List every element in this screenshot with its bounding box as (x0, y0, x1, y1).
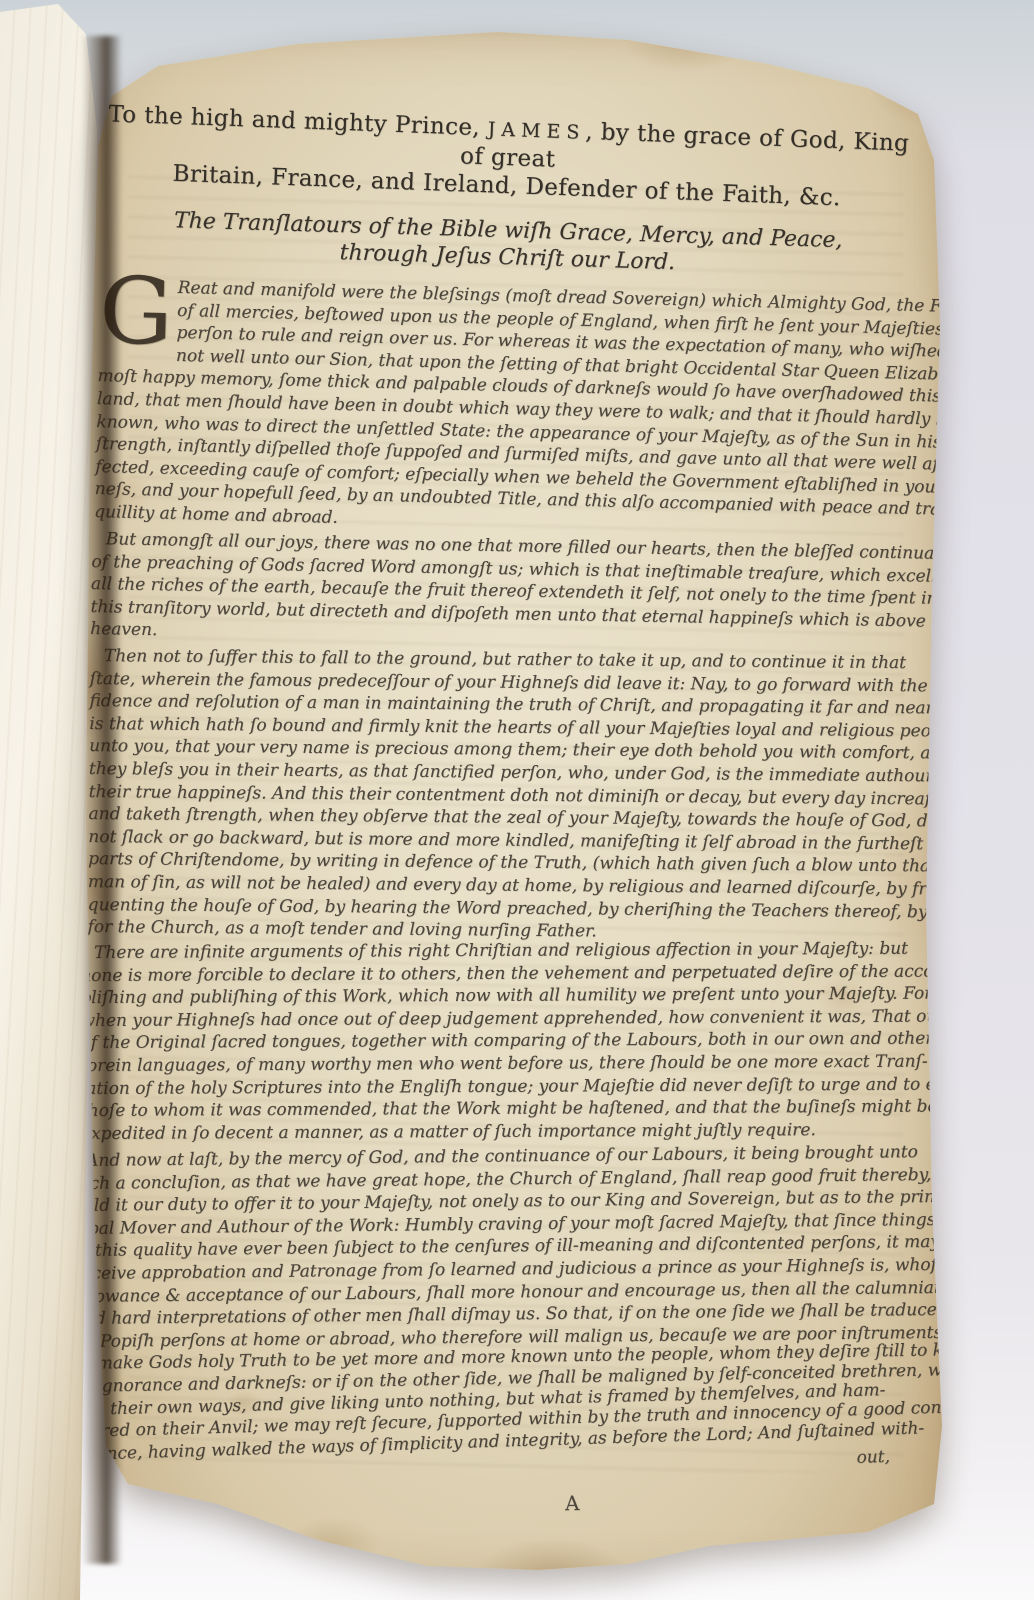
dedication-heading: To the high and mighty Prince, JAMES, by… (96, 100, 919, 215)
body-paragraphs: GReat and manifold were the bleſsings (m… (98, 275, 918, 1466)
paragraph: GReat and manifold were the bleſsings (m… (94, 275, 918, 543)
paragraph: And now at laſt, by the mercy of God, an… (72, 1141, 921, 1466)
translators-subtitle: The Tranſlatours of the Bible wiſh Grace… (97, 205, 918, 283)
book-page-wrap: To the high and mighty Prince, JAMES, by… (68, 26, 948, 1592)
text-block: To the high and mighty Prince, JAMES, by… (98, 100, 918, 1515)
heading-line1-pre: To the high and mighty Prince, (108, 101, 488, 141)
signature-mark: A (565, 1491, 595, 1516)
paragraph: There are infinite arguments of this rig… (80, 938, 919, 1146)
book-page: To the high and mighty Prince, JAMES, by… (68, 26, 948, 1592)
king-name: JAMES (487, 118, 585, 144)
paragraph: Then not to ſuffer this to fall to the g… (87, 645, 918, 946)
paragraph: But amongſt all our joys, there was no o… (90, 528, 918, 655)
